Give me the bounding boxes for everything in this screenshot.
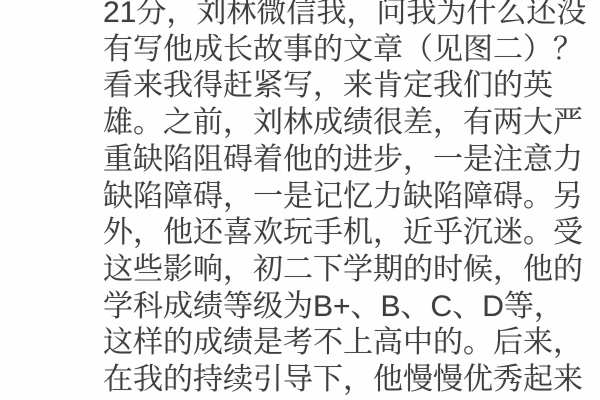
text-line: 雄。之前，刘林成绩很差，有两大严: [103, 105, 595, 142]
text-line: 这些影响，初二下学期的时候，他的: [103, 252, 595, 289]
text-line: 外，他还喜欢玩手机，近乎沉迷。受: [103, 215, 595, 252]
article-text-block: 21分，刘林微信我，问我为什么还没 有写他成长故事的文章（见图二）？ 看来我得赶…: [103, 0, 595, 399]
text-line: 缺陷障碍，一是记忆力缺陷障碍。另: [103, 179, 595, 216]
article-screenshot: 21分，刘林微信我，问我为什么还没 有写他成长故事的文章（见图二）？ 看来我得赶…: [0, 0, 600, 400]
text-line: 21分，刘林微信我，问我为什么还没: [103, 0, 595, 32]
text-line: 这样的成绩是考不上高中的。后来，: [103, 325, 595, 362]
text-line: 学科成绩等级为B+、B、C、D等，: [103, 289, 595, 326]
text-line: 在我的持续引导下，他慢慢优秀起来: [103, 362, 595, 399]
text-line: 有写他成长故事的文章（见图二）？: [103, 32, 595, 69]
text-line: 看来我得赶紧写，来肯定我们的英: [103, 68, 595, 105]
text-line: 重缺陷阻碍着他的进步，一是注意力: [103, 142, 595, 179]
